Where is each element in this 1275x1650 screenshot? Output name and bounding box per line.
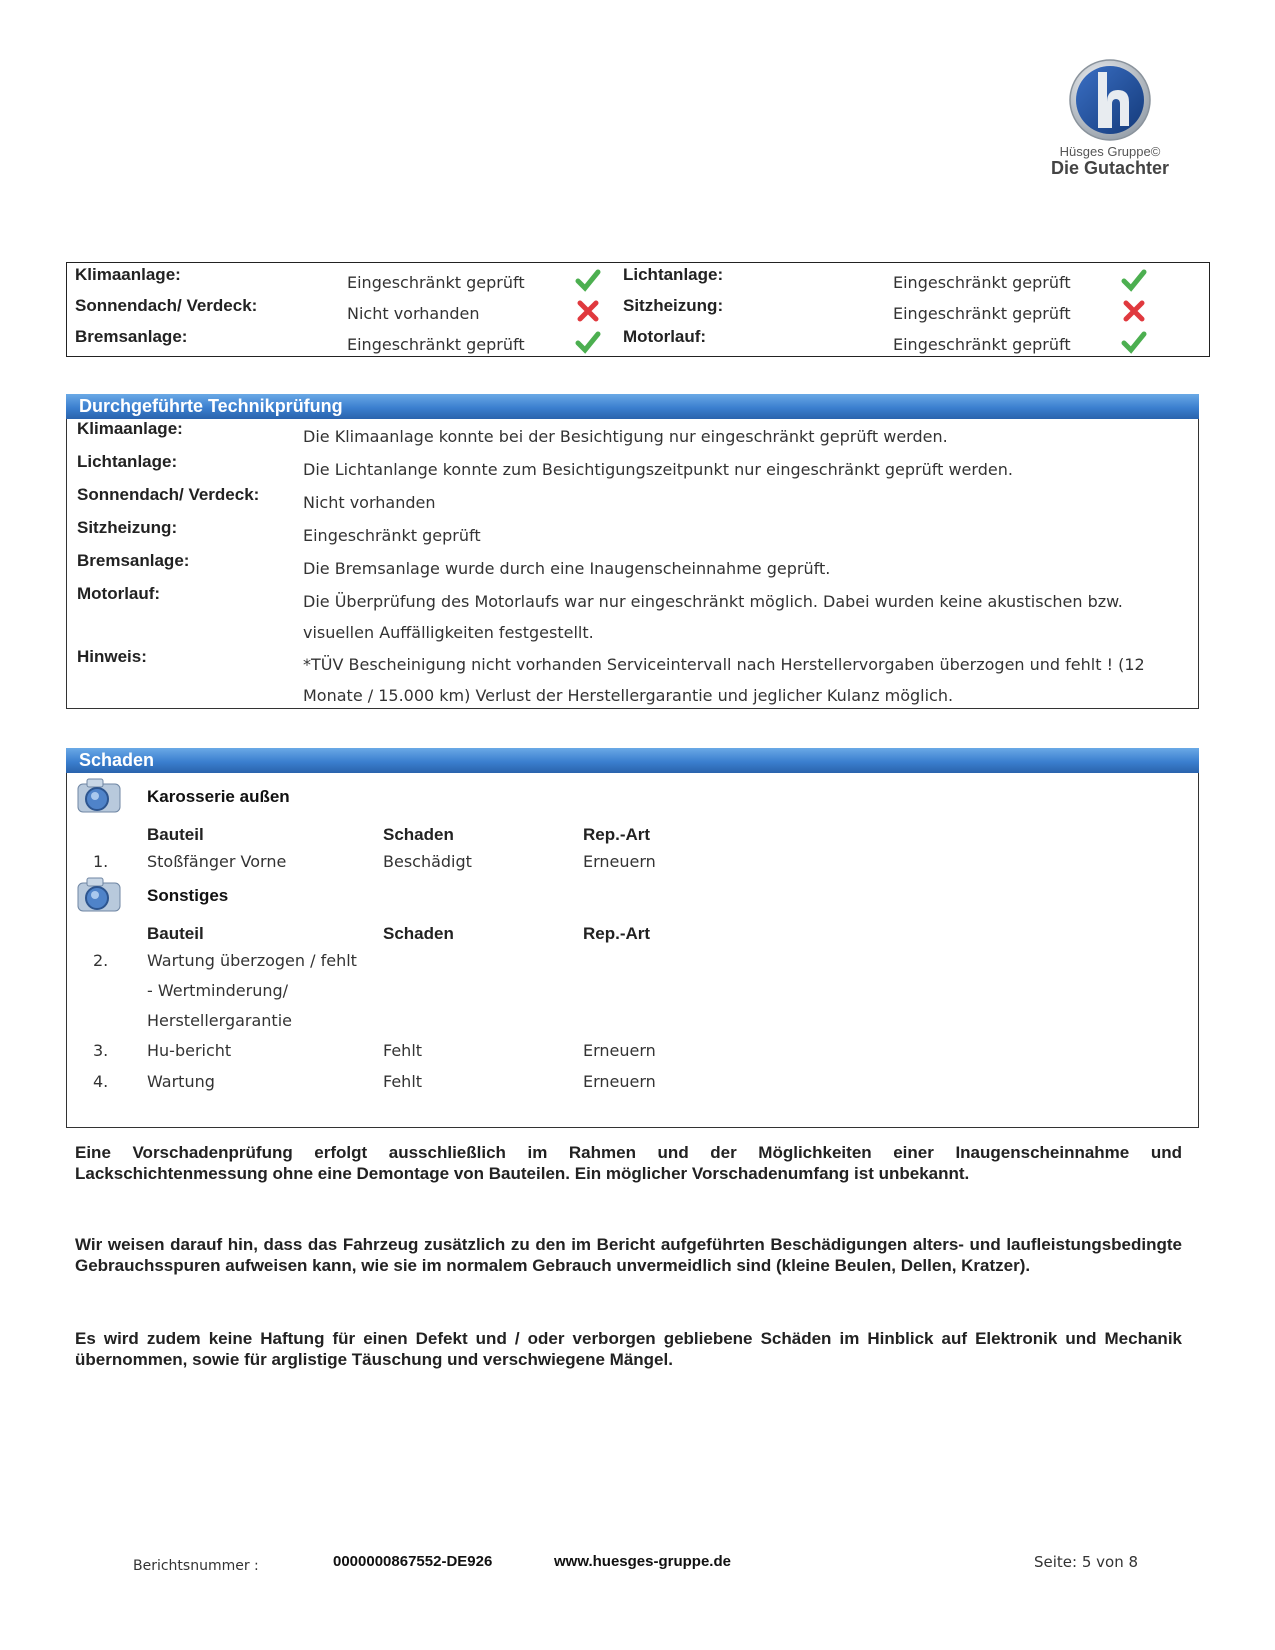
- technik-text: Die Überprüfung des Motorlaufs war nur e…: [303, 586, 1173, 648]
- schaden-section-body: Karosserie außenBauteilSchadenRep.-Art1.…: [66, 773, 1199, 1128]
- damage-type: Beschädigt: [383, 847, 472, 877]
- technik-section-header: Durchgeführte Technikprüfung: [66, 394, 1199, 419]
- logo-title: Die Gutachter: [1010, 159, 1210, 177]
- damage-row-number: 3.: [93, 1036, 108, 1066]
- checklist-label: Sonnendach/ Verdeck:: [75, 296, 257, 316]
- damage-group-title: Karosserie außen: [147, 787, 290, 807]
- check-icon: [1121, 267, 1147, 293]
- camera-icon[interactable]: [75, 775, 123, 815]
- technik-label: Sonnendach/ Verdeck:: [77, 485, 259, 505]
- company-logo: Hüsges Gruppe© Die Gutachter: [1010, 58, 1210, 208]
- technik-text: Die Klimaanlage konnte bei der Besichtig…: [303, 421, 1173, 452]
- disclaimer-paragraph: Wir weisen darauf hin, dass das Fahrzeug…: [75, 1234, 1182, 1276]
- damage-type: Fehlt: [383, 1036, 422, 1066]
- damage-column-header: Rep.-Art: [583, 924, 650, 944]
- checklist-value: Eingeschränkt geprüft: [347, 273, 525, 292]
- checklist-row: Bremsanlage:Eingeschränkt geprüftMotorla…: [67, 327, 1209, 359]
- technik-text: Die Bremsanlage wurde durch eine Inaugen…: [303, 553, 1173, 584]
- technik-text: Nicht vorhanden: [303, 487, 1173, 518]
- checklist-row: Klimaanlage:Eingeschränkt geprüftLichtan…: [67, 265, 1209, 297]
- checklist-value: Eingeschränkt geprüft: [893, 273, 1071, 292]
- check-icon: [575, 267, 601, 293]
- checklist-value: Eingeschränkt geprüft: [893, 335, 1071, 354]
- damage-group-title: Sonstiges: [147, 886, 228, 906]
- checklist-label: Sitzheizung:: [623, 296, 723, 316]
- damage-part: Wartung: [147, 1067, 357, 1097]
- technik-label: Klimaanlage:: [77, 419, 183, 439]
- technik-label: Lichtanlage:: [77, 452, 177, 472]
- disclaimer-paragraph: Eine Vorschadenprüfung erfolgt ausschlie…: [75, 1142, 1182, 1184]
- damage-column-header: Rep.-Art: [583, 825, 650, 845]
- technik-label: Sitzheizung:: [77, 518, 177, 538]
- damage-row-number: 4.: [93, 1067, 108, 1097]
- damage-part: Wartung überzogen / fehlt - Wertminderun…: [147, 946, 357, 1036]
- repair-type: Erneuern: [583, 1067, 656, 1097]
- schaden-section-header: Schaden: [66, 748, 1199, 773]
- damage-column-header: Schaden: [383, 924, 454, 944]
- damage-part: Hu-bericht: [147, 1036, 357, 1066]
- checklist-value: Eingeschränkt geprüft: [347, 335, 525, 354]
- report-number-label: Berichtsnummer :: [133, 1558, 259, 1574]
- technik-text: *TÜV Bescheinigung nicht vorhanden Servi…: [303, 649, 1173, 711]
- repair-type: Erneuern: [583, 847, 656, 877]
- report-number: 0000000867552-DE926: [333, 1553, 492, 1570]
- website-link[interactable]: www.huesges-gruppe.de: [554, 1553, 731, 1570]
- camera-icon[interactable]: [75, 874, 123, 914]
- cross-icon: [1121, 298, 1147, 324]
- damage-row-number: 1.: [93, 847, 108, 877]
- damage-column-header: Schaden: [383, 825, 454, 845]
- technik-text: Eingeschränkt geprüft: [303, 520, 1173, 551]
- page-footer: Berichtsnummer : 0000000867552-DE926 www…: [0, 1553, 1275, 1583]
- checklist-label: Motorlauf:: [623, 327, 706, 347]
- technik-section-body: Klimaanlage:Die Klimaanlage konnte bei d…: [66, 419, 1199, 709]
- checklist-value: Nicht vorhanden: [347, 304, 480, 323]
- checklist-label: Lichtanlage:: [623, 265, 723, 285]
- technik-text: Die Lichtanlange konnte zum Besichtigung…: [303, 454, 1173, 485]
- damage-type: Fehlt: [383, 1067, 422, 1097]
- damage-part: Stoßfänger Vorne: [147, 847, 357, 877]
- check-icon: [1121, 329, 1147, 355]
- checklist-value: Eingeschränkt geprüft: [893, 304, 1071, 323]
- technik-label: Hinweis:: [77, 647, 147, 667]
- logo-tagline: Hüsges Gruppe©: [1010, 144, 1210, 159]
- repair-type: Erneuern: [583, 1036, 656, 1066]
- cross-icon: [575, 298, 601, 324]
- damage-column-header: Bauteil: [147, 924, 357, 944]
- check-icon: [575, 329, 601, 355]
- checklist-label: Bremsanlage:: [75, 327, 187, 347]
- checklist-row: Sonnendach/ Verdeck:Nicht vorhandenSitzh…: [67, 296, 1209, 328]
- damage-row-number: 2.: [93, 946, 108, 976]
- huesges-h-logo-icon: [1068, 58, 1152, 142]
- damage-column-header: Bauteil: [147, 825, 357, 845]
- page-indicator: Seite: 5 von 8: [1034, 1553, 1138, 1571]
- technik-label: Bremsanlage:: [77, 551, 189, 571]
- checklist-label: Klimaanlage:: [75, 265, 181, 285]
- disclaimer-paragraph: Es wird zudem keine Haftung für einen De…: [75, 1328, 1182, 1370]
- technik-label: Motorlauf:: [77, 584, 160, 604]
- inspection-checklist: Klimaanlage:Eingeschränkt geprüftLichtan…: [66, 262, 1210, 357]
